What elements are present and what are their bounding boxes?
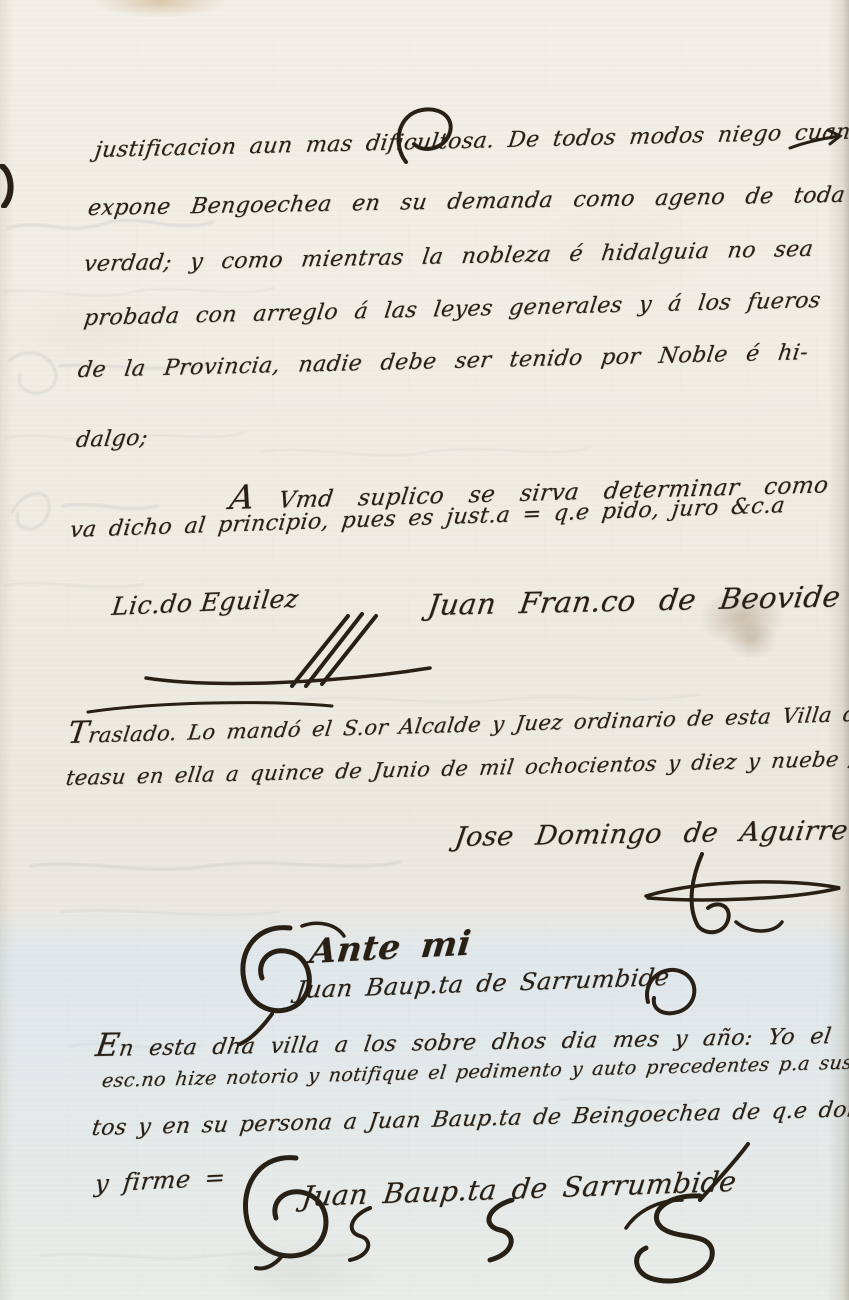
manuscript-line: probada con arreglo á las leyes generale… xyxy=(82,288,822,331)
attestation-ante-mi: Ante mi xyxy=(308,924,473,972)
flourish-judge-rubric xyxy=(640,852,845,938)
manuscript-line: expone Bengoechea en su demanda como age… xyxy=(86,183,847,221)
signature-notary-final: Juan Baup.ta de Sarrumbide xyxy=(300,1165,738,1213)
manuscript-line: tos y en su persona a Juan Baup.ta de Be… xyxy=(90,1097,849,1141)
manuscript-line: dalgo; xyxy=(74,426,149,453)
manuscript-line: de la Provincia, nadie debe ser tenido p… xyxy=(76,340,809,383)
signature-licenciado: Lic.do Eguilez xyxy=(110,584,300,621)
flourish-squiggle-mid xyxy=(468,1198,530,1264)
flourish-squiggle-left xyxy=(330,1206,388,1264)
flourish-final-initial xyxy=(236,1152,346,1272)
manuscript-line: Traslado. Lo mandó el S.or Alcalde y Jue… xyxy=(66,692,849,751)
manuscript-line: justificacion aun mas dificultosa. De to… xyxy=(93,119,849,163)
flourish-squiggle-right xyxy=(616,1192,728,1296)
manuscript-line: teasu en ella a quince de Junio de mil o… xyxy=(64,747,849,790)
manuscript-page: justificacion aun mas dificultosa. De to… xyxy=(0,0,849,1300)
attestation-closing: y firme = xyxy=(94,1163,227,1198)
edge-ink-mark xyxy=(0,164,16,208)
signature-party: Juan Fran.co de Beovide xyxy=(426,579,843,622)
manuscript-line: verdad; y como mientras la nobleza é hid… xyxy=(82,237,815,277)
signature-judge: Jose Domingo de Aguirre xyxy=(453,815,849,853)
flourish-licenciado-rubric xyxy=(140,612,440,690)
